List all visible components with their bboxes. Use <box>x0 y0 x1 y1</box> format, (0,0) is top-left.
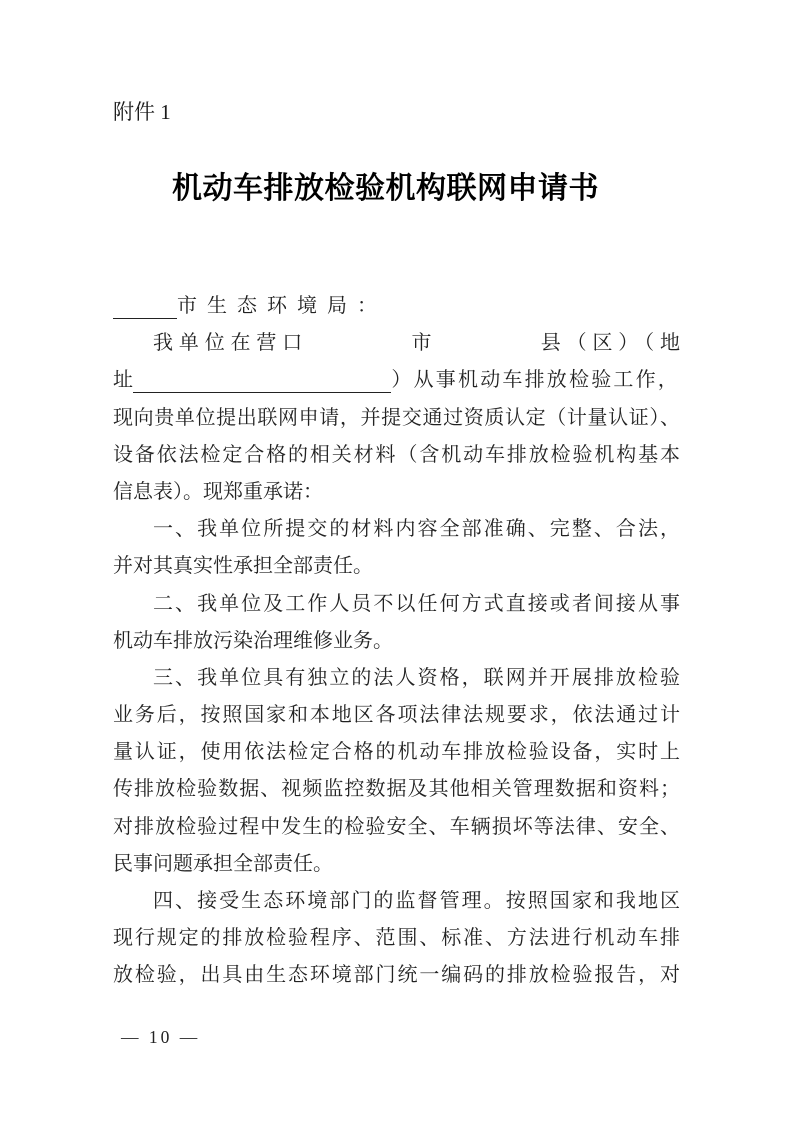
text-line: 市生态环境局： <box>113 288 680 325</box>
doc-body: 市生态环境局：我单位在营口 市 县（区）（地址）从事机动车排放检验工作，现向贵单… <box>113 288 680 995</box>
attachment-label: 附件 1 <box>113 99 171 125</box>
text-line: 并对其真实性承担全部责任。 <box>113 548 680 585</box>
text-line: 民事问题承担全部责任。 <box>113 846 680 883</box>
text-line: 现行规定的排放检验程序、范围、标准、方法进行机动车排 <box>113 920 680 957</box>
text-line: 放检验，出具由生态环境部门统一编码的排放检验报告，对 <box>113 957 680 994</box>
fill-line-suffix: ）从事机动车排放检验工作， <box>391 362 680 399</box>
text-line: 四、接受生态环境部门的监督管理。按照国家和我地区 <box>113 883 680 920</box>
text-line: 三、我单位具有独立的法人资格，联网并开展排放检验 <box>113 660 680 697</box>
text-line: 设备依法检定合格的相关材料（含机动车排放检验机构基本 <box>113 437 680 474</box>
text-line: 业务后，按照国家和本地区各项法律法规要求，依法通过计 <box>113 697 680 734</box>
text-line: 我单位在营口 市 县（区）（地 <box>113 325 680 362</box>
fill-in-blank <box>133 362 391 393</box>
text-line: 信息表）。现郑重承诺： <box>113 474 680 511</box>
text-line: 址）从事机动车排放检验工作， <box>113 362 680 399</box>
page-title: 机动车排放检验机构联网申请书 <box>0 169 782 209</box>
text-line: 机动车排放污染治理维修业务。 <box>113 623 680 660</box>
salutation-text: 市生态环境局： <box>177 288 387 325</box>
text-line: 传排放检验数据、视频监控数据及其他相关管理数据和资料； <box>113 771 680 808</box>
document-page: 附件 1 机动车排放检验机构联网申请书 市生态环境局：我单位在营口 市 县（区）… <box>0 0 793 1122</box>
text-line: 量认证，使用依法检定合格的机动车排放检验设备，实时上 <box>113 734 680 771</box>
text-line: 二、我单位及工作人员不以任何方式直接或者间接从事 <box>113 586 680 623</box>
page-number: — 10 — <box>121 1026 200 1048</box>
text-line: 现向贵单位提出联网申请，并提交通过资质认定（计量认证）、 <box>113 400 680 437</box>
text-line: 对排放检验过程中发生的检验安全、车辆损坏等法律、安全、 <box>113 809 680 846</box>
fill-line-prefix: 址 <box>113 362 133 399</box>
text-line: 一、我单位所提交的材料内容全部准确、完整、合法， <box>113 511 680 548</box>
fill-in-blank <box>113 288 177 319</box>
